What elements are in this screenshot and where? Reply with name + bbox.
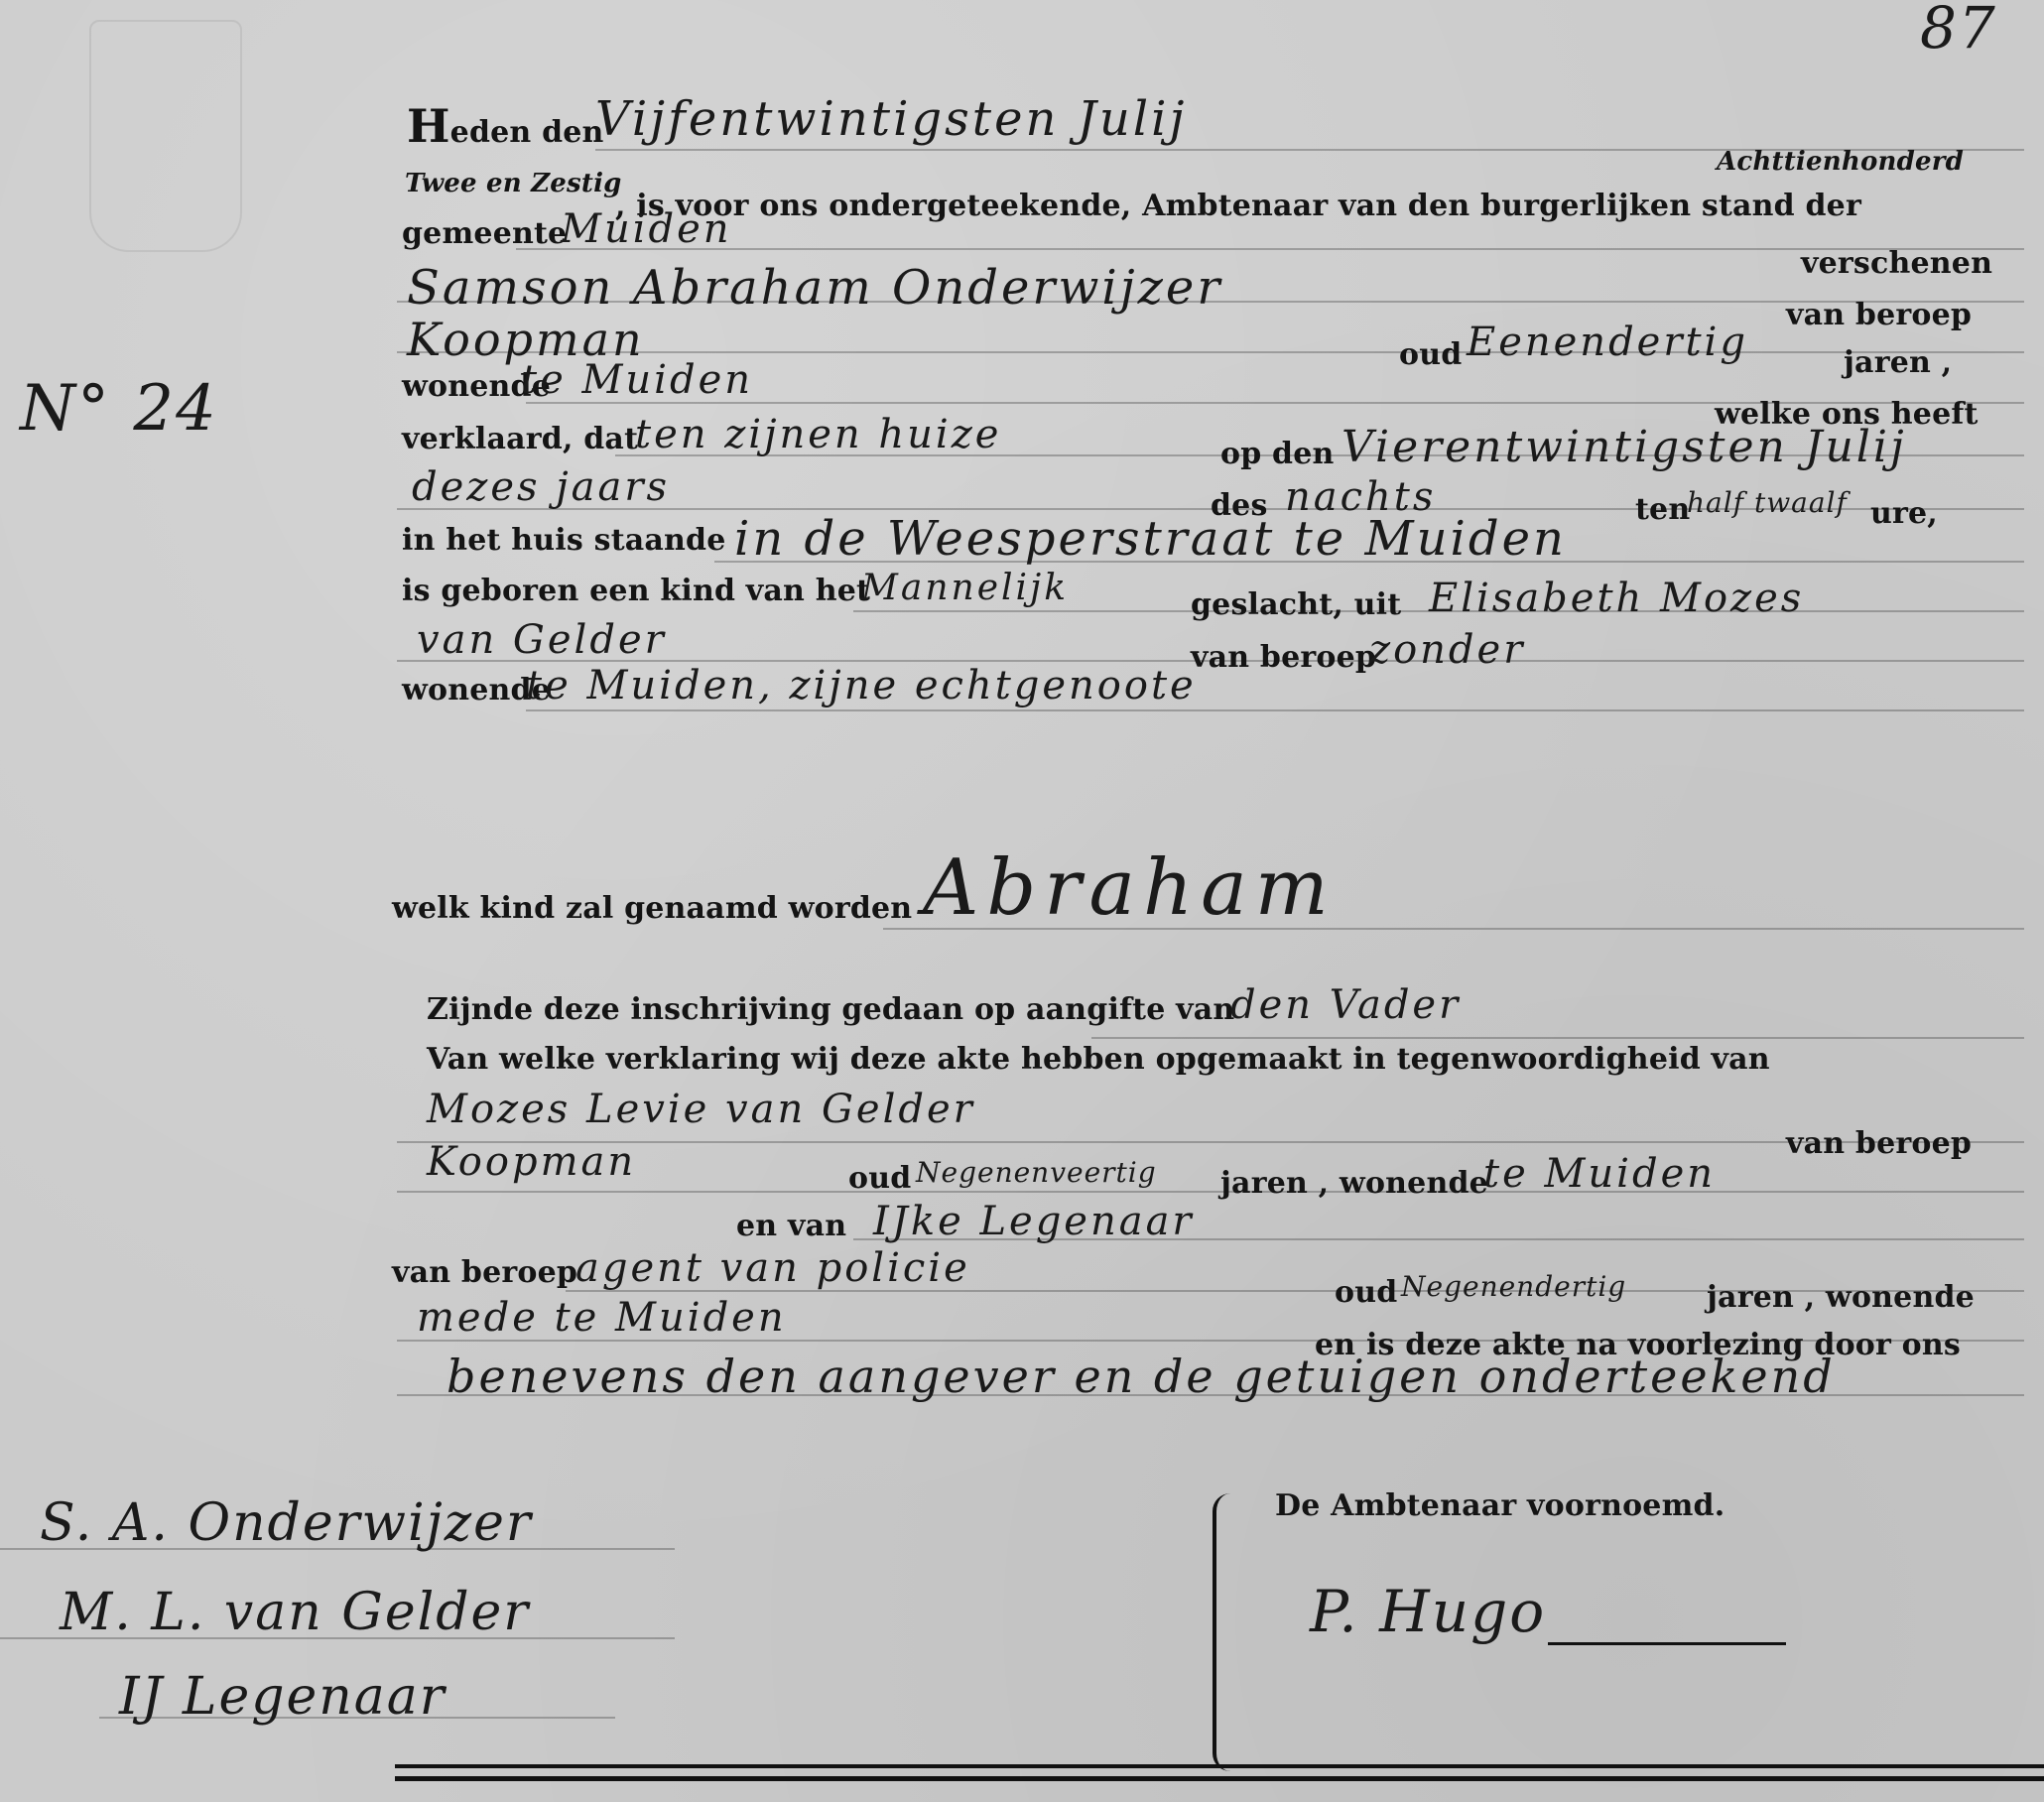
record-number: N° 24 — [20, 372, 218, 446]
printed-verklaard-dat: verklaard, dat — [402, 422, 638, 456]
handwritten-witness2-occupation: agent van policie — [575, 1245, 970, 1291]
printed-verschenen: verschenen — [1801, 246, 1992, 281]
ruled-line — [1091, 1037, 2024, 1039]
printed-op-den: op den — [1220, 437, 1335, 471]
handwritten-declarant-name: Samson Abraham Onderwijzer — [407, 260, 1222, 316]
printed-heden-den: Heden den — [407, 99, 604, 153]
bottom-double-rule — [395, 1776, 2044, 1781]
signature-witness2: IJ Legenaar — [119, 1667, 447, 1727]
printed-is-geboren: is geboren een kind van het — [402, 574, 870, 608]
ruled-line — [526, 709, 2024, 711]
printed-van-beroep-witness1: van beroep — [1786, 1126, 1972, 1161]
printed-ambtenaar-voornoemd: De Ambtenaar voornoemd. — [1275, 1488, 1725, 1523]
printed-van-beroep: van beroep — [1786, 298, 1972, 332]
printed-en-van: en van — [736, 1209, 846, 1243]
bracket — [1213, 1493, 1236, 1771]
printed-in-het-huis-staande: in het huis staande — [402, 523, 726, 558]
printed-geslacht-uit: geslacht, uit — [1191, 587, 1401, 622]
handwritten-witness1-age: Negenenveertig — [916, 1156, 1157, 1189]
ruled-line — [516, 248, 2024, 250]
handwritten-place-phrase: ten zijnen huize — [635, 412, 1001, 457]
printed-ure: ure, — [1870, 496, 1938, 531]
handwritten-mother-occupation: zonder — [1369, 627, 1525, 673]
printed-achttienhonderd: Achttienhonderd — [1717, 147, 1964, 177]
printed-van-welke: Van welke verklaring wij deze akte hebbe… — [427, 1042, 1770, 1077]
printed-jaren-wonende-witness1: jaren , wonende — [1220, 1166, 1488, 1201]
printed-jaren-wonende-witness2: jaren , wonende — [1707, 1280, 1975, 1315]
signature-official: P. Hugo — [1310, 1578, 1546, 1645]
ruled-line — [397, 1141, 2024, 1143]
printed-is-voor-ons: , is voor ons ondergeteekende, Ambtenaar… — [615, 189, 1861, 223]
handwritten-hour: half twaalf — [1687, 486, 1848, 519]
handwritten-witness1-name: Mozes Levie van Gelder — [427, 1087, 975, 1132]
bottom-double-rule — [395, 1764, 2044, 1768]
handwritten-witness2-name: IJke Legenaar — [873, 1199, 1195, 1244]
printed-oud-witness1: oud — [848, 1161, 911, 1196]
printed-year: Twee en Zestig — [405, 169, 622, 198]
handwritten-birth-year: dezes jaars — [412, 464, 670, 510]
printed-zijnde: Zijnde deze inschrijving gedaan op aangi… — [427, 992, 1234, 1027]
handwritten-declarant-residence: te Muiden — [521, 357, 753, 403]
printed-van-beroep-witness2: van beroep — [392, 1255, 577, 1290]
handwritten-closing: benevens den aangever en de getuigen ond… — [447, 1350, 1836, 1403]
handwritten-mother-name-2: van Gelder — [417, 617, 667, 663]
printed-van-beroep-mother: van beroep — [1191, 640, 1376, 675]
printed-oud-witness2: oud — [1335, 1275, 1397, 1310]
printed-welk-kind: welk kind zal genaamd worden — [392, 891, 912, 926]
signature-declarant: S. A. Onderwijzer — [40, 1493, 533, 1553]
handwritten-witness1-residence: te Muiden — [1483, 1151, 1716, 1197]
handwritten-municipality: Muiden — [561, 206, 732, 252]
handwritten-witness1-occupation: Koopman — [427, 1139, 636, 1185]
printed-jaren: jaren , — [1844, 345, 1952, 380]
corner-page-number: 87 — [1920, 0, 1997, 62]
handwritten-birth-day: Vierentwintigsten Julij — [1341, 422, 1907, 472]
printed-oud: oud — [1399, 337, 1462, 372]
handwritten-mother-residence: te Muiden, zijne echtgenoote — [526, 663, 1197, 708]
handwritten-sex: Mannelijk — [861, 568, 1069, 608]
handwritten-street: in de Weesperstraat te Muiden — [734, 511, 1567, 567]
handwritten-declarant-age: Eenendertig — [1467, 320, 1748, 365]
ruled-line — [397, 1191, 2024, 1193]
handwritten-witness2-age: Negenendertig — [1401, 1270, 1626, 1303]
handwritten-mother-name-1: Elisabeth Mozes — [1429, 576, 1804, 621]
printed-gemeente: gemeente — [402, 216, 567, 251]
handwritten-informant: den Vader — [1230, 982, 1461, 1028]
handwritten-child-name: Abraham — [923, 843, 1337, 933]
embossed-seal — [89, 20, 242, 252]
document-page: 87 N° 24 Heden den Vijfentwintigsten Jul… — [0, 0, 2044, 1802]
signature-underline — [1548, 1642, 1786, 1645]
signature-witness1: M. L. van Gelder — [60, 1583, 530, 1642]
handwritten-witness2-residence: mede te Muiden — [417, 1295, 787, 1341]
printed-ten: ten — [1635, 492, 1690, 527]
handwritten-day: Vijfentwintigsten Julij — [595, 91, 1187, 147]
